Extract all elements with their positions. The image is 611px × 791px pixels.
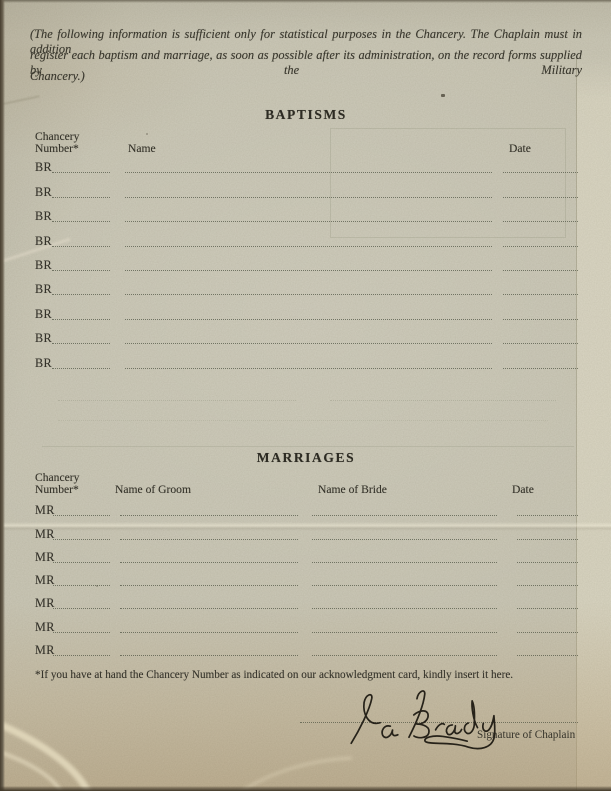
intro-line: (The following information is sufficient… bbox=[30, 27, 582, 48]
marriage-row-prefix: MR bbox=[35, 596, 55, 611]
baptism-row-prefix: BR bbox=[35, 185, 52, 200]
date-line bbox=[517, 632, 578, 633]
baptisms-title: BAPTISMS bbox=[30, 107, 582, 123]
date-line bbox=[503, 319, 578, 320]
marriages-col-bride: Name of Bride bbox=[318, 484, 387, 496]
marriages-rows: MR MR MR MR MR bbox=[0, 496, 611, 659]
name-line bbox=[125, 319, 492, 320]
bride-line bbox=[312, 515, 497, 516]
baptism-row: BR bbox=[0, 152, 611, 176]
baptism-row: BR bbox=[0, 347, 611, 371]
marriage-row-prefix: MR bbox=[35, 503, 55, 518]
marriage-row-prefix: MR bbox=[35, 573, 55, 588]
bride-line bbox=[312, 585, 497, 586]
ink-speck bbox=[146, 133, 148, 135]
marriages-col-date: Date bbox=[512, 484, 534, 496]
date-line bbox=[517, 515, 578, 516]
baptism-row-prefix: BR bbox=[35, 282, 52, 297]
chancery-number-footnote: *If you have at hand the Chancery Number… bbox=[35, 669, 575, 681]
baptism-row-prefix: BR bbox=[35, 234, 52, 249]
date-line bbox=[517, 585, 578, 586]
marriage-row: MR bbox=[0, 543, 611, 566]
groom-line bbox=[120, 632, 298, 633]
groom-line bbox=[120, 562, 298, 563]
baptism-row: BR bbox=[0, 274, 611, 298]
bleed-through-line bbox=[42, 446, 574, 447]
chancery-number-line bbox=[52, 172, 110, 173]
chancery-number-line bbox=[52, 368, 110, 369]
scan-edge-top bbox=[0, 0, 611, 3]
marriages-col-chancery-number: Number* bbox=[35, 484, 79, 496]
groom-line bbox=[120, 539, 298, 540]
bleed-through-line bbox=[58, 400, 296, 401]
name-line bbox=[125, 172, 492, 173]
bride-line bbox=[312, 608, 497, 609]
marriages-col-groom: Name of Groom bbox=[115, 484, 191, 496]
groom-line bbox=[120, 655, 298, 656]
baptisms-rows: BR BR BR BR BR bbox=[0, 152, 611, 372]
diagonal-crease bbox=[0, 95, 40, 107]
signature-line bbox=[300, 712, 578, 723]
groom-line bbox=[120, 608, 298, 609]
marriage-row: MR bbox=[0, 612, 611, 635]
bleed-through-line bbox=[330, 400, 556, 401]
chancery-number-line bbox=[52, 270, 110, 271]
marriage-row-prefix: MR bbox=[35, 643, 55, 658]
baptism-row-prefix: BR bbox=[35, 356, 52, 371]
date-line bbox=[503, 197, 578, 198]
bride-line bbox=[312, 632, 497, 633]
chancery-number-line bbox=[52, 294, 110, 295]
ink-speck bbox=[441, 94, 445, 97]
name-line bbox=[125, 294, 492, 295]
marriage-row-prefix: MR bbox=[35, 550, 55, 565]
date-line bbox=[517, 608, 578, 609]
bride-line bbox=[312, 562, 497, 563]
marriage-row: MR bbox=[0, 519, 611, 542]
marriages-col-chancery: Chancery bbox=[35, 472, 79, 484]
chancery-number-line bbox=[52, 343, 110, 344]
chancery-number-line bbox=[52, 221, 110, 222]
scan-edge-bottom bbox=[0, 786, 611, 791]
baptism-row-prefix: BR bbox=[35, 307, 52, 322]
groom-line bbox=[120, 585, 298, 586]
baptism-row: BR bbox=[0, 250, 611, 274]
chancery-number-line bbox=[53, 515, 110, 516]
scan-edge-left bbox=[0, 0, 5, 791]
chancery-number-line bbox=[53, 585, 110, 586]
groom-line bbox=[120, 515, 298, 516]
chancery-number-line bbox=[52, 197, 110, 198]
baptism-row-prefix: BR bbox=[35, 209, 52, 224]
name-line bbox=[125, 270, 492, 271]
chancery-number-line bbox=[53, 655, 110, 656]
baptism-row: BR bbox=[0, 225, 611, 249]
marriages-title: MARRIAGES bbox=[30, 450, 582, 466]
name-line bbox=[125, 343, 492, 344]
chancery-number-line bbox=[52, 319, 110, 320]
marriage-row-prefix: MR bbox=[35, 620, 55, 635]
baptism-row: BR bbox=[0, 298, 611, 322]
marriage-row: MR bbox=[0, 566, 611, 589]
marriage-row-prefix: MR bbox=[35, 527, 55, 542]
date-line bbox=[503, 368, 578, 369]
baptism-row: BR bbox=[0, 176, 611, 200]
chancery-number-line bbox=[53, 562, 110, 563]
date-line bbox=[503, 221, 578, 222]
marriage-row: MR bbox=[0, 636, 611, 659]
chancery-number-line bbox=[53, 539, 110, 540]
baptisms-col-chancery: Chancery bbox=[35, 131, 79, 143]
date-line bbox=[503, 172, 578, 173]
baptism-row-prefix: BR bbox=[35, 331, 52, 346]
scanned-form-page: (The following information is sufficient… bbox=[0, 0, 611, 791]
bleed-through-line bbox=[58, 420, 548, 421]
date-line bbox=[503, 270, 578, 271]
date-line bbox=[517, 655, 578, 656]
name-line bbox=[125, 368, 492, 369]
date-line bbox=[503, 343, 578, 344]
bride-line bbox=[312, 539, 497, 540]
chancery-number-line bbox=[53, 632, 110, 633]
baptism-row: BR bbox=[0, 201, 611, 225]
baptism-row: BR bbox=[0, 323, 611, 347]
intro-note: (The following information is sufficient… bbox=[30, 27, 582, 90]
date-line bbox=[517, 562, 578, 563]
intro-line: register each baptism and marriage, as s… bbox=[30, 48, 582, 69]
name-line bbox=[125, 221, 492, 222]
name-line bbox=[125, 197, 492, 198]
date-line bbox=[503, 294, 578, 295]
chancery-number-line bbox=[52, 246, 110, 247]
baptism-row-prefix: BR bbox=[35, 258, 52, 273]
date-line bbox=[517, 539, 578, 540]
chancery-number-line bbox=[53, 608, 110, 609]
marriage-row: MR bbox=[0, 589, 611, 612]
date-line bbox=[503, 246, 578, 247]
bride-line bbox=[312, 655, 497, 656]
signature-caption: Signature of Chaplain bbox=[477, 729, 575, 741]
baptism-row-prefix: BR bbox=[35, 160, 52, 175]
marriage-row: MR bbox=[0, 496, 611, 519]
name-line bbox=[125, 246, 492, 247]
